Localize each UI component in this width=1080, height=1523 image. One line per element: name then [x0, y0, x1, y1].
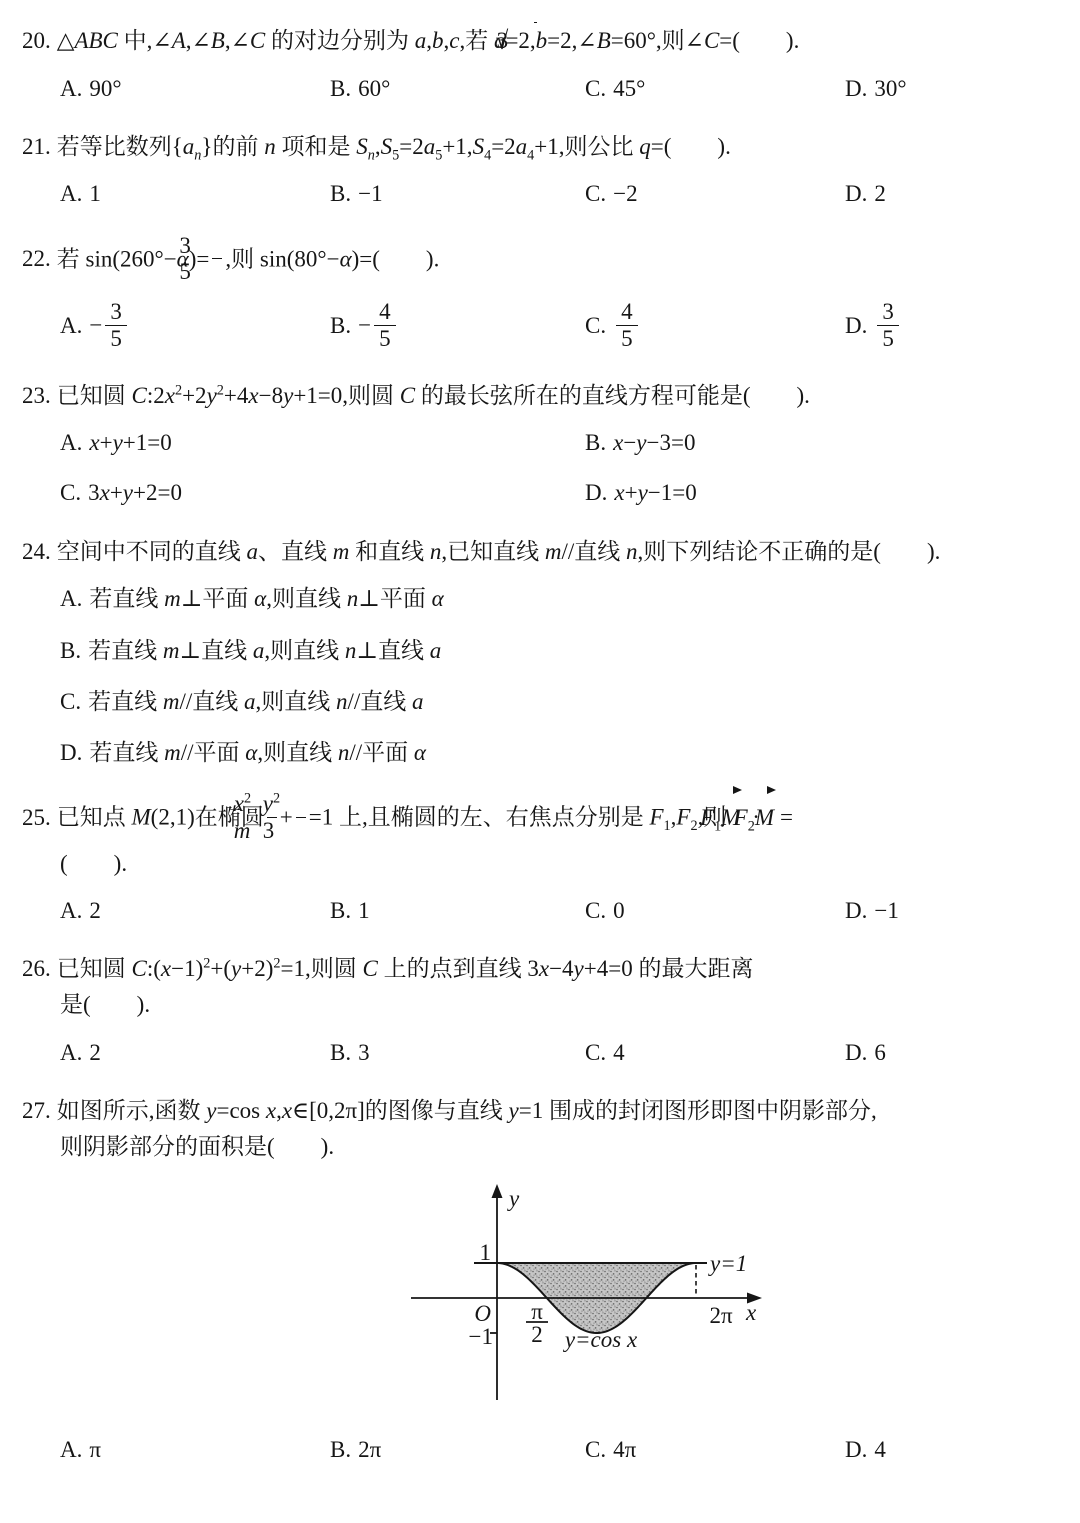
question-number: 23.	[22, 383, 51, 408]
option-label: C.	[60, 689, 81, 714]
exam-page: 20.△ABC 中,∠A,∠B,∠C 的对边分别为 a,b,c,若 a=2,b=…	[0, 0, 1080, 1476]
question-number: 21.	[22, 134, 51, 159]
question-stem: 20.△ABC 中,∠A,∠B,∠C 的对边分别为 a,b,c,若 a=2,b=…	[22, 22, 1060, 59]
fraction: y23	[296, 791, 306, 844]
option-label: A.	[60, 898, 82, 923]
option-A: A.−35	[60, 301, 330, 354]
options-20: A.90°B.60°C.45°D.30°	[60, 73, 1060, 105]
option-label: D.	[845, 898, 867, 923]
question-24: 24.空间中不同的直线 a、直线 m 和直线 n,已知直线 m//直线 n,则下…	[22, 534, 1060, 769]
options-23: A.x+y+1=0B.x−y−3=0C.3x+y+2=0D.x+y−1=0	[60, 427, 1060, 509]
origin-label: O	[474, 1301, 491, 1326]
option-label: C.	[585, 1437, 606, 1462]
option-B: B.−45	[330, 301, 585, 354]
question-23: 23.已知圆 C:2x2+2y2+4x−8y+1=0,则圆 C 的最长弦所在的直…	[22, 378, 1060, 510]
option-label: A.	[60, 76, 82, 101]
option-label: A.	[60, 181, 82, 206]
question-number: 27.	[22, 1098, 51, 1123]
option-C: C.45	[585, 301, 845, 354]
option-D: D.若直线 m//平面 α,则直线 n//平面 α	[60, 737, 1060, 769]
option-label: C.	[585, 1040, 606, 1065]
question-stem: 23.已知圆 C:2x2+2y2+4x−8y+1=0,则圆 C 的最长弦所在的直…	[22, 378, 1060, 414]
option-B: B.2π	[330, 1434, 585, 1466]
question-stem: 27.如图所示,函数 y=cos x,x∈[0,2π]的图像与直线 y=1 围成…	[22, 1093, 1060, 1164]
options-26: A.2B.3C.4D.6	[60, 1037, 1060, 1069]
option-label: A.	[60, 586, 82, 611]
option-C: C.45°	[585, 73, 845, 105]
option-label: B.	[330, 313, 351, 338]
question-number: 22.	[22, 246, 51, 271]
fraction: 45	[374, 299, 396, 352]
fraction: 35	[105, 299, 127, 352]
option-A: A.2	[60, 895, 330, 927]
option-C: C.4π	[585, 1434, 845, 1466]
question-number: 20.	[22, 28, 51, 53]
option-A: A.x+y+1=0	[60, 427, 585, 459]
options-24: A.若直线 m⊥平面 α,则直线 n⊥平面 αB.若直线 m⊥直线 a,则直线 …	[60, 583, 1060, 769]
option-C: C.若直线 m//直线 a,则直线 n//直线 a	[60, 686, 1060, 718]
option-B: B.1	[330, 895, 585, 927]
fraction: 35	[212, 233, 222, 286]
options-22: A.−35B.−45C.45D.35	[60, 301, 1060, 354]
option-C: C.−2	[585, 178, 845, 210]
option-label: C.	[585, 313, 606, 338]
y-axis-label: y	[507, 1186, 520, 1211]
option-A: A.1	[60, 178, 330, 210]
x-tick-2pi: 2π	[709, 1303, 733, 1328]
option-label: D.	[845, 76, 867, 101]
option-D: D.6	[845, 1037, 1060, 1069]
option-label: D.	[585, 480, 607, 505]
option-label: B.	[585, 430, 606, 455]
option-label: C.	[60, 480, 81, 505]
option-label: B.	[60, 638, 81, 663]
fraction: 35	[877, 299, 899, 352]
options-25: A.2B.1C.0D.−1	[60, 895, 1060, 927]
option-label: B.	[330, 181, 351, 206]
option-B: B.−1	[330, 178, 585, 210]
option-label: C.	[585, 181, 606, 206]
cos-plot-svg: y 1 O −1 π 2 2π x y=1 y=cos x	[394, 1180, 824, 1414]
option-D: D.2	[845, 178, 1060, 210]
option-label: B.	[330, 898, 351, 923]
option-label: A.	[60, 1040, 82, 1065]
y-tick-neg1: −1	[469, 1324, 493, 1349]
question-stem: 22.若 sin(260°−α)=35,则 sin(80°−α)=( ).	[22, 235, 1060, 288]
x-tick-pi-half-den: 2	[531, 1322, 543, 1347]
option-B: B.60°	[330, 73, 585, 105]
option-C: C.3x+y+2=0	[60, 477, 585, 509]
option-D: D.x+y−1=0	[585, 477, 1060, 509]
option-label: B.	[330, 1040, 351, 1065]
option-D: D.35	[845, 301, 1060, 354]
x-tick-pi-half-num: π	[531, 1299, 543, 1324]
option-label: C.	[585, 898, 606, 923]
option-label: D.	[845, 313, 867, 338]
option-label: D.	[845, 1437, 867, 1462]
option-A: A.2	[60, 1037, 330, 1069]
option-label: D.	[845, 1040, 867, 1065]
option-B: B.若直线 m⊥直线 a,则直线 n⊥直线 a	[60, 635, 1060, 667]
option-A: A.90°	[60, 73, 330, 105]
option-label: D.	[845, 181, 867, 206]
option-label: B.	[330, 1437, 351, 1462]
option-label: A.	[60, 430, 82, 455]
option-label: A.	[60, 1437, 82, 1462]
question-number: 24.	[22, 539, 51, 564]
option-D: D.−1	[845, 895, 1060, 927]
y-tick-1: 1	[480, 1240, 492, 1265]
question-20: 20.△ABC 中,∠A,∠B,∠C 的对边分别为 a,b,c,若 a=2,b=…	[22, 22, 1060, 105]
options-21: A.1B.−1C.−2D.2	[60, 178, 1060, 210]
option-A: A.π	[60, 1434, 330, 1466]
option-B: B.3	[330, 1037, 585, 1069]
vector: F2M	[770, 800, 776, 836]
question-stem: 24.空间中不同的直线 a、直线 m 和直线 n,已知直线 m//直线 n,则下…	[22, 534, 1060, 570]
question-27: 27.如图所示,函数 y=cos x,x∈[0,2π]的图像与直线 y=1 围成…	[22, 1093, 1060, 1466]
curve-label: y=cos x	[563, 1327, 638, 1352]
question-26: 26.已知圆 C:(x−1)2+(y+2)2=1,则圆 C 上的点到直线 3x−…	[22, 951, 1060, 1068]
option-label: A.	[60, 313, 82, 338]
option-C: C.0	[585, 895, 845, 927]
question-number: 25.	[22, 805, 51, 830]
option-A: A.若直线 m⊥平面 α,则直线 n⊥平面 α	[60, 583, 1060, 615]
option-label: C.	[585, 76, 606, 101]
line-y1-label: y=1	[708, 1251, 747, 1276]
option-D: D.30°	[845, 73, 1060, 105]
x-axis-label: x	[745, 1300, 757, 1325]
option-B: B.x−y−3=0	[585, 427, 1060, 459]
question-number: 26.	[22, 956, 51, 981]
y-axis-arrow	[492, 1184, 503, 1198]
question-list: 20.△ABC 中,∠A,∠B,∠C 的对边分别为 a,b,c,若 a=2,b=…	[22, 22, 1060, 1466]
option-label: B.	[330, 76, 351, 101]
question-27-figure: y 1 O −1 π 2 2π x y=1 y=cos x	[394, 1180, 824, 1420]
option-C: C.4	[585, 1037, 845, 1069]
option-label: D.	[60, 740, 82, 765]
question-21: 21.若等比数列{an}的前 n 项和是 Sn,S5=2a5+1,S4=2a4+…	[22, 129, 1060, 211]
options-27: A.πB.2πC.4πD.4	[60, 1434, 1060, 1466]
option-D: D.4	[845, 1434, 1060, 1466]
question-stem: 21.若等比数列{an}的前 n 项和是 Sn,S5=2a5+1,S4=2a4+…	[22, 129, 1060, 165]
question-stem: 25.已知点 M(2,1)在椭圆x2m+y23=1 上,且椭圆的左、右焦点分别是…	[22, 793, 1060, 881]
question-22: 22.若 sin(260°−α)=35,则 sin(80°−α)=( ).A.−…	[22, 235, 1060, 354]
fraction: 45	[616, 299, 638, 352]
question-25: 25.已知点 M(2,1)在椭圆x2m+y23=1 上,且椭圆的左、右焦点分别是…	[22, 793, 1060, 927]
question-stem: 26.已知圆 C:(x−1)2+(y+2)2=1,则圆 C 上的点到直线 3x−…	[22, 951, 1060, 1022]
